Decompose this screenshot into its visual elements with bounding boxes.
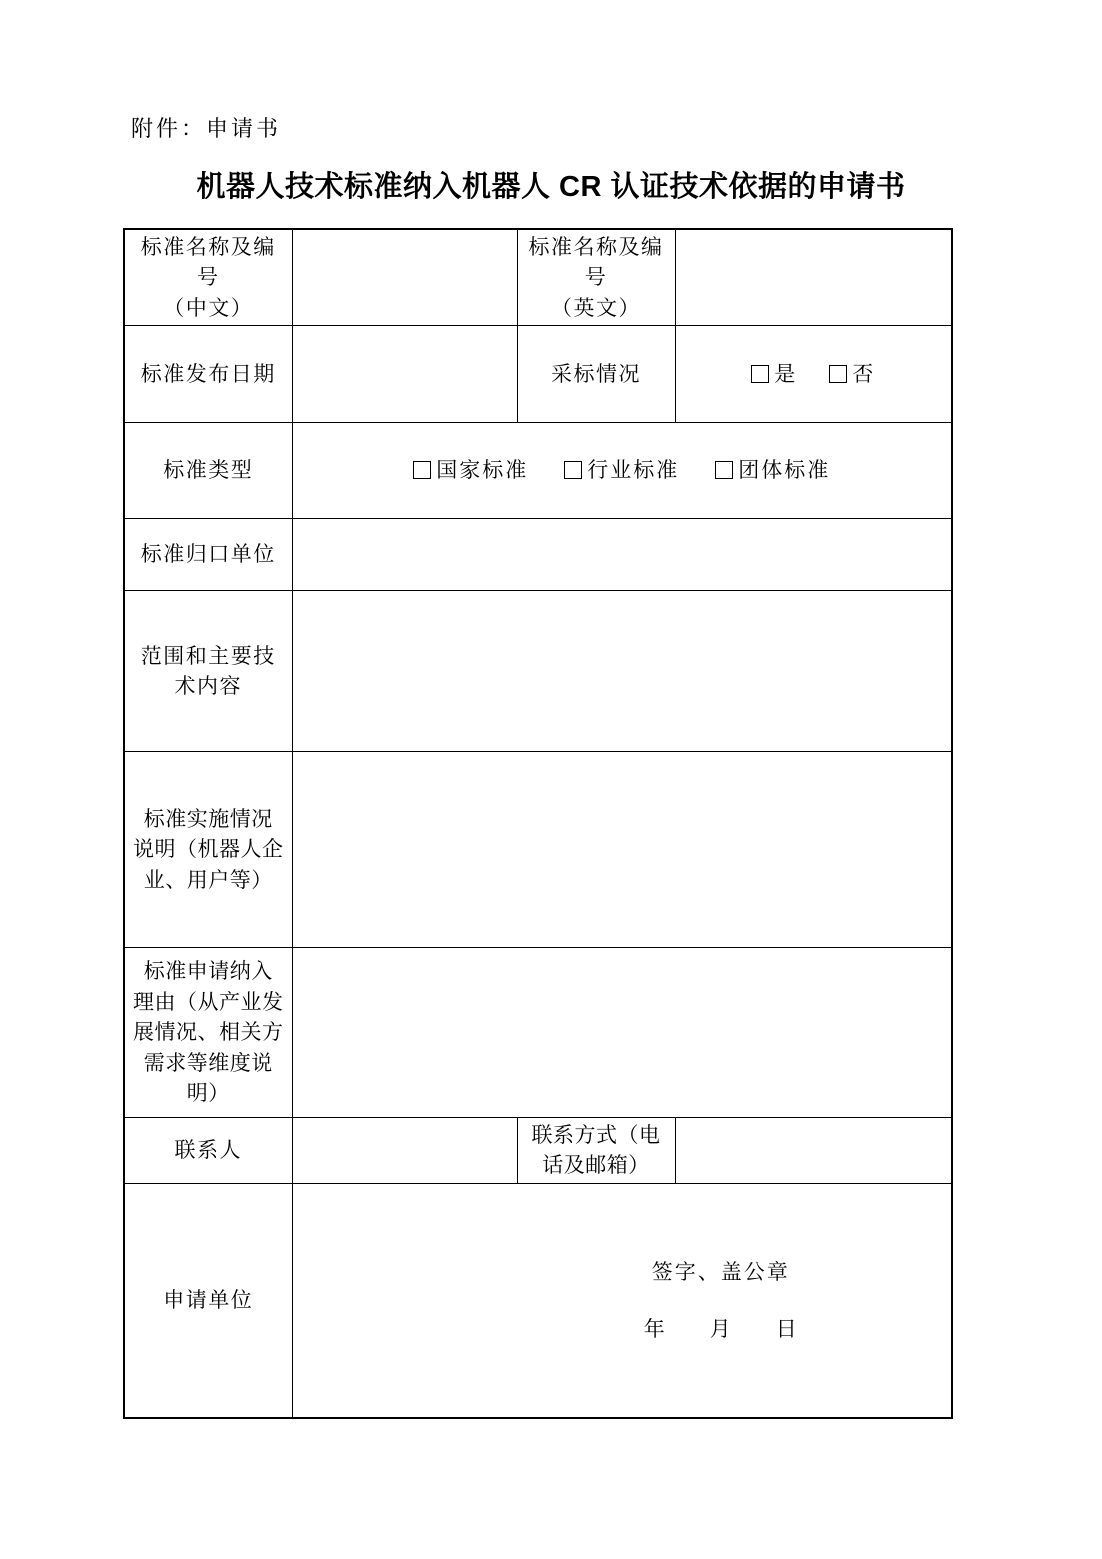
checkbox-label: 否 [852,359,875,389]
field-label-std-name-en: 标准名称及编 号 （英文） [517,229,675,326]
checkbox-label: 是 [774,359,797,389]
field-value-publish-date[interactable] [292,326,517,422]
field-value-inclusion-reason[interactable] [292,947,952,1117]
checkbox-label: 团体标准 [738,455,830,485]
table-row: 标准实施情况 说明（机器人企 业、用户等） [124,751,952,947]
page-title: 机器人技术标准纳入机器人 CR 认证技术依据的申请书 [0,164,1102,205]
table-row: 标准发布日期 采标情况 是 否 [124,326,952,422]
table-row: 范围和主要技 术内容 [124,590,952,751]
table-row: 标准归口单位 [124,518,952,590]
field-label-inclusion-reason: 标准申请纳入 理由（从产业发 展情况、相关方 需求等维度说 明） [124,947,292,1117]
field-value-adoption: 是 否 [675,326,952,422]
field-label-applicant: 申请单位 [124,1183,292,1418]
field-label-centralized-unit: 标准归口单位 [124,518,292,590]
checkbox-label: 国家标准 [436,455,528,485]
checkbox-label: 行业标准 [587,455,679,485]
table-row: 标准类型 国家标准 行业标准 团体标准 [124,422,952,518]
table-row: 标准名称及编 号 （中文） 标准名称及编 号 （英文） [124,229,952,326]
field-value-std-name-en[interactable] [675,229,952,326]
checkbox-icon[interactable] [751,365,769,383]
field-value-implementation[interactable] [292,751,952,947]
field-value-centralized-unit[interactable] [292,518,952,590]
std-type-options: 国家标准 行业标准 团体标准 [298,455,947,485]
field-value-contact-person[interactable] [292,1117,517,1183]
signature-block: 签字、盖公章 年 月 日 [397,1257,953,1345]
field-value-scope[interactable] [292,590,952,751]
checkbox-option-national-standard[interactable]: 国家标准 [413,455,528,485]
date-line: 年 月 日 [644,1314,798,1344]
checkbox-option-industry-standard[interactable]: 行业标准 [564,455,679,485]
checkbox-icon[interactable] [715,461,733,479]
field-label-contact-person: 联系人 [124,1117,292,1183]
signature-seal-label: 签字、盖公章 [652,1257,790,1287]
field-label-std-type: 标准类型 [124,422,292,518]
page: 附件：申请书 机器人技术标准纳入机器人 CR 认证技术依据的申请书 标准名称及编… [0,0,1102,1559]
adoption-options: 是 否 [681,359,947,389]
field-label-publish-date: 标准发布日期 [124,326,292,422]
checkbox-icon[interactable] [829,365,847,383]
field-label-std-name-cn: 标准名称及编 号 （中文） [124,229,292,326]
checkbox-icon[interactable] [413,461,431,479]
checkbox-option-group-standard[interactable]: 团体标准 [715,455,830,485]
field-value-std-name-cn[interactable] [292,229,517,326]
field-label-contact-info: 联系方式（电 话及邮箱） [517,1117,675,1183]
field-label-implementation: 标准实施情况 说明（机器人企 业、用户等） [124,751,292,947]
field-value-contact-info[interactable] [675,1117,952,1183]
application-form-table: 标准名称及编 号 （中文） 标准名称及编 号 （英文） 标准发布日期 采标情况 … [123,228,953,1419]
checkbox-option-no[interactable]: 否 [829,359,875,389]
field-value-applicant[interactable]: 签字、盖公章 年 月 日 [292,1183,952,1418]
checkbox-option-yes[interactable]: 是 [751,359,797,389]
table-row: 标准申请纳入 理由（从产业发 展情况、相关方 需求等维度说 明） [124,947,952,1117]
field-label-scope: 范围和主要技 术内容 [124,590,292,751]
checkbox-icon[interactable] [564,461,582,479]
field-label-adoption: 采标情况 [517,326,675,422]
table-row: 联系人 联系方式（电 话及邮箱） [124,1117,952,1183]
table-row: 申请单位 签字、盖公章 年 月 日 [124,1183,952,1418]
attachment-label: 附件：申请书 [131,112,281,143]
field-value-std-type: 国家标准 行业标准 团体标准 [292,422,952,518]
